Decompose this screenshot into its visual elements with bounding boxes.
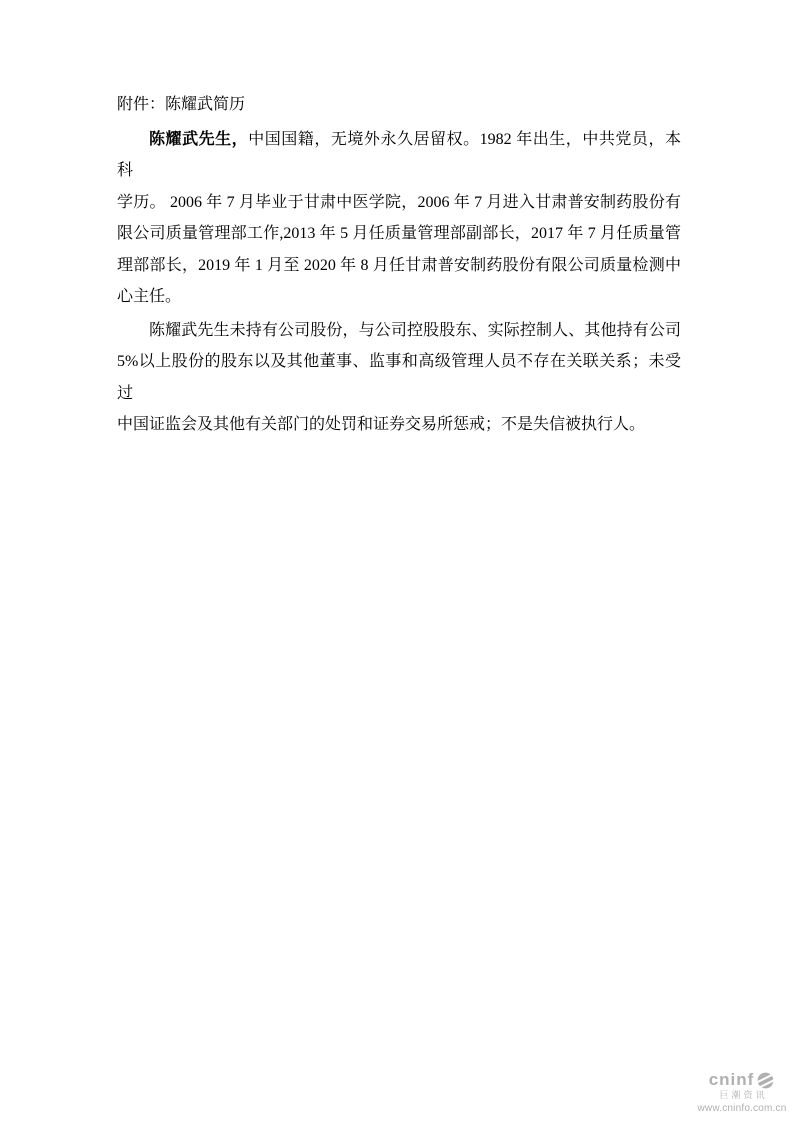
cninfo-swirl-icon: [756, 1071, 775, 1090]
bio-line-1: 陈耀武先生，中国国籍，无境外永久居留权。1982 年出生，中共党员，本科: [117, 124, 681, 187]
relationship-line-2: 5%以上股份的股东以及其他董事、监事和高级管理人员不存在关联关系；未受过: [117, 346, 681, 409]
cninfo-watermark: cninf 巨潮资讯 www.cninfo.com.cn: [695, 1071, 789, 1114]
paragraph-biography: 陈耀武先生，中国国籍，无境外永久居留权。1982 年出生，中共党员，本科 学历。…: [117, 124, 681, 313]
bio-line-2: 学历。 2006 年 7 月毕业于甘肃中医学院，2006 年 7 月进入甘肃普安…: [117, 187, 681, 219]
bio-line-5: 心主任。: [117, 281, 681, 313]
bio-line-3: 限公司质量管理部工作,2013 年 5 月任质量管理部副部长，2017 年 7 …: [117, 218, 681, 250]
document-page: 附件：陈耀武简历 陈耀武先生，中国国籍，无境外永久居留权。1982 年出生，中共…: [0, 0, 793, 1122]
document-body: 附件：陈耀武简历 陈耀武先生，中国国籍，无境外永久居留权。1982 年出生，中共…: [117, 89, 681, 441]
cninfo-brand-text: cninf: [709, 1071, 755, 1090]
relationship-line-3: 中国证监会及其他有关部门的处罚和证券交易所惩戒；不是失信被执行人。: [117, 409, 681, 441]
attachment-title: 附件：陈耀武简历: [117, 89, 681, 121]
relationship-line-1: 陈耀武先生未持有公司股份，与公司控股股东、实际控制人、其他持有公司: [117, 315, 681, 347]
cninfo-chinese-name: 巨潮资讯: [695, 1091, 789, 1101]
cninfo-logo-row: cninf: [695, 1071, 789, 1090]
paragraph-relationships: 陈耀武先生未持有公司股份，与公司控股股东、实际控制人、其他持有公司 5%以上股份…: [117, 315, 681, 441]
bio-line-4: 理部部长，2019 年 1 月至 2020 年 8 月任甘肃普安制药股份有限公司…: [117, 250, 681, 282]
cninfo-website: www.cninfo.com.cn: [695, 1103, 789, 1114]
person-name-lead: 陈耀武先生，: [149, 131, 248, 148]
